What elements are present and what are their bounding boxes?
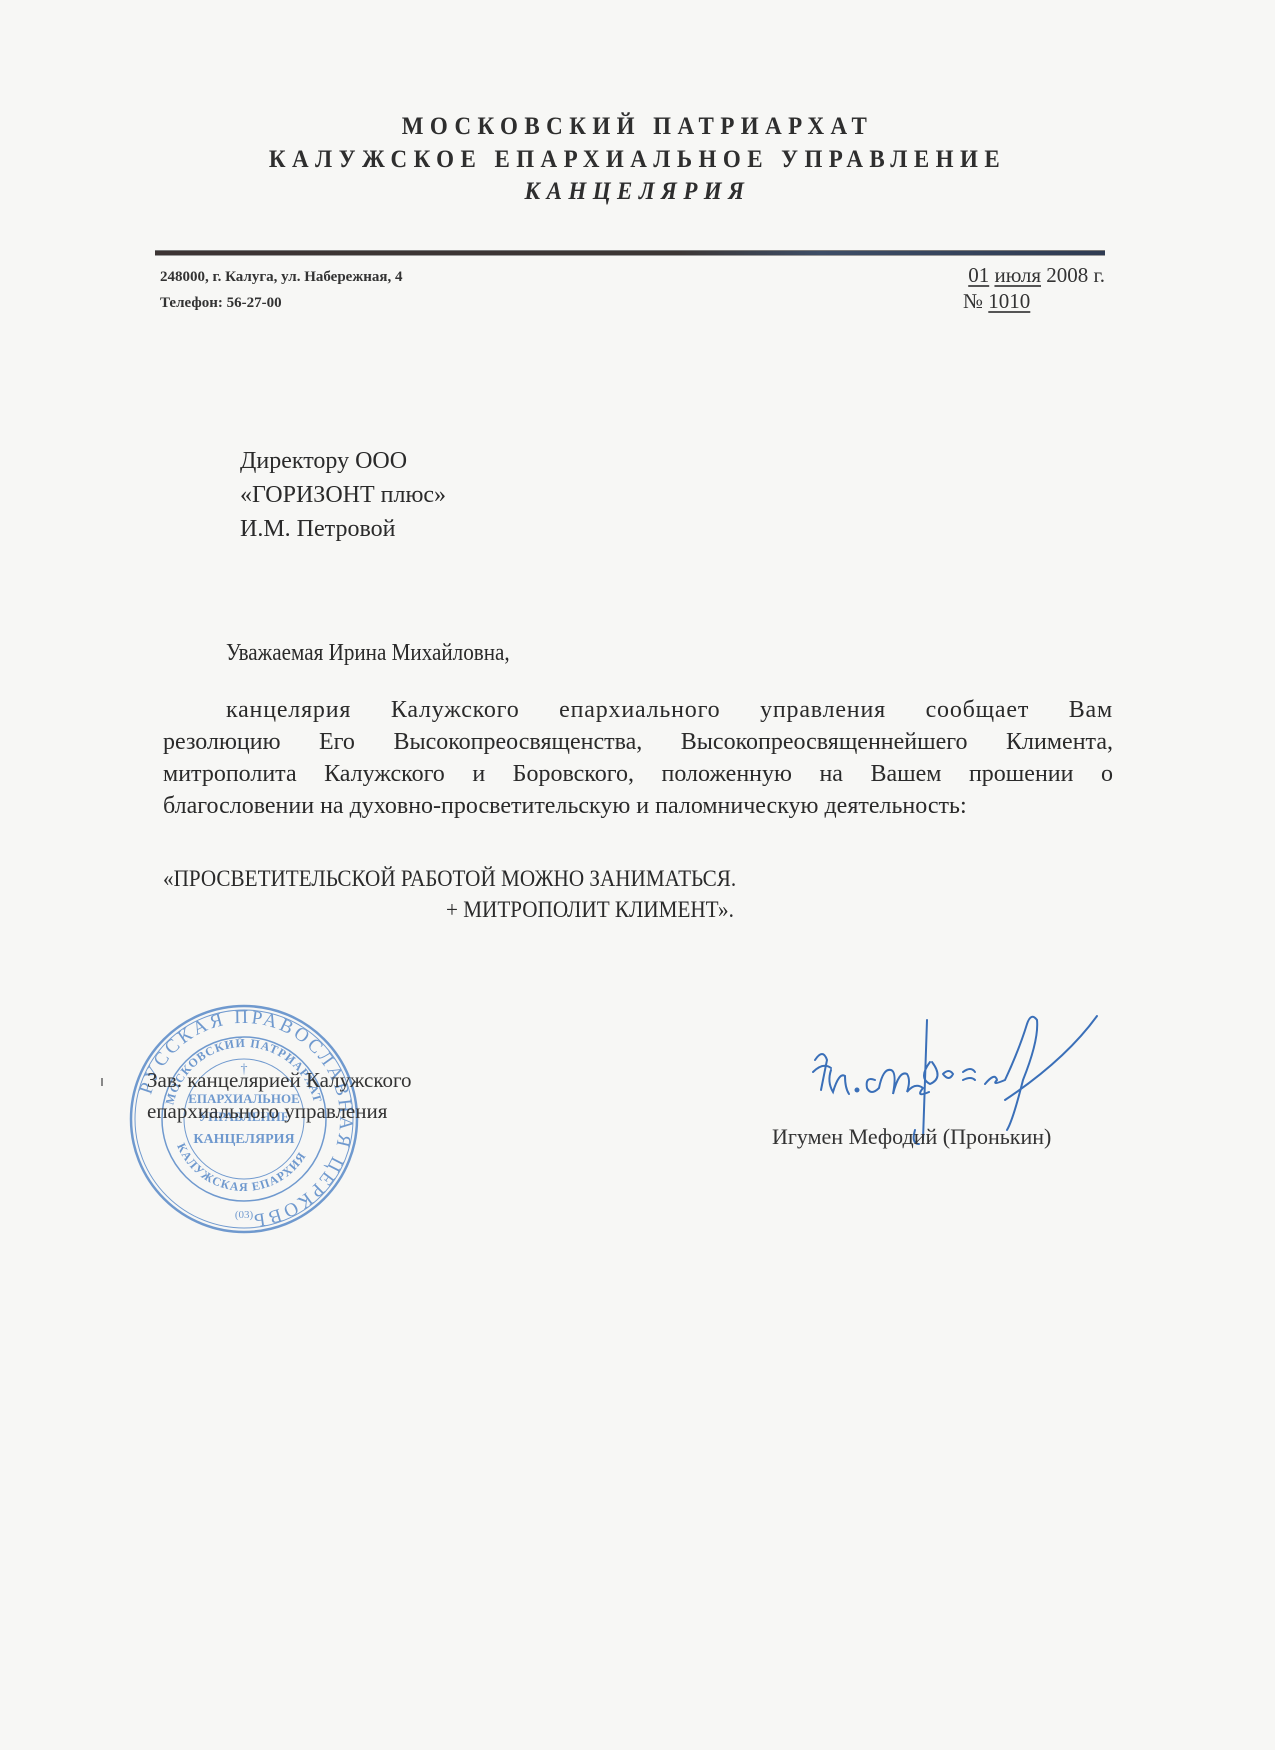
signer-name: Игумен Мефодий (Пронькин) xyxy=(772,1124,1051,1150)
position-line-2: епархиального управления xyxy=(147,1096,412,1127)
letterhead-chancellery: КАНЦЕЛЯРИЯ xyxy=(51,178,1224,206)
sender-phone: Телефон: 56-27-00 xyxy=(160,295,282,312)
letterhead-patriarchate: МОСКОВСКИЙ ПАТРИАРХАТ xyxy=(51,113,1224,141)
stamp-code: (03) xyxy=(235,1209,254,1221)
resolution-signature: + МИТРОПОЛИТ КЛИМЕНТ». xyxy=(446,897,734,923)
letter-page: МОСКОВСКИЙ ПАТРИАРХАТ КАЛУЖСКОЕ ЕПАРХИАЛ… xyxy=(0,0,1275,1750)
body-line: благословении на духовно-просветительску… xyxy=(163,790,1113,822)
body-line: митрополита Калужского и Боровского, пол… xyxy=(163,758,1113,790)
letter-date: 01 июля 2008 г. xyxy=(968,263,1105,288)
recipient-name: И.М. Петровой xyxy=(240,512,446,546)
number-sign: № xyxy=(963,289,983,313)
body-line: канцелярия Калужского епархиального упра… xyxy=(163,694,1113,726)
resolution-text: «ПРОСВЕТИТЕЛЬСКОЙ РАБОТОЙ МОЖНО ЗАНИМАТЬ… xyxy=(163,866,736,892)
stamp-center-3: КАНЦЕЛЯРИЯ xyxy=(193,1132,294,1147)
recipient-block: Директору ООО «ГОРИЗОНТ плюс» И.М. Петро… xyxy=(240,444,446,546)
signer-position: Зав. канцелярией Калужского епархиальног… xyxy=(147,1065,412,1127)
number-value: 1010 xyxy=(988,289,1030,313)
position-line-1: Зав. канцелярией Калужского xyxy=(147,1065,412,1096)
sender-address: 248000, г. Калуга, ул. Набережная, 4 xyxy=(160,269,402,286)
date-month: июля xyxy=(994,263,1041,287)
body-line: резолюцию Его Высокопреосвященства, Высо… xyxy=(163,726,1113,758)
stamp-inner-bottom: КАЛУЖСКАЯ ЕПАРХИЯ xyxy=(174,1141,309,1194)
svg-text:КАЛУЖСКАЯ ЕПАРХИЯ: КАЛУЖСКАЯ ЕПАРХИЯ xyxy=(174,1141,309,1194)
letter-body: канцелярия Калужского епархиального упра… xyxy=(163,694,1113,822)
letterhead-diocese: КАЛУЖСКОЕ ЕПАРХИАЛЬНОЕ УПРАВЛЕНИЕ xyxy=(51,146,1224,174)
registration-number: № 1010 xyxy=(963,289,1030,314)
greeting: Уважаемая Ирина Михайловна, xyxy=(226,640,510,667)
date-year: 2008 г. xyxy=(1046,263,1105,287)
recipient-title: Директору ООО xyxy=(240,444,446,478)
letterhead-divider xyxy=(155,250,1105,256)
recipient-company: «ГОРИЗОНТ плюс» xyxy=(240,478,446,512)
date-day: 01 xyxy=(968,263,989,287)
scan-mark xyxy=(101,1078,103,1086)
